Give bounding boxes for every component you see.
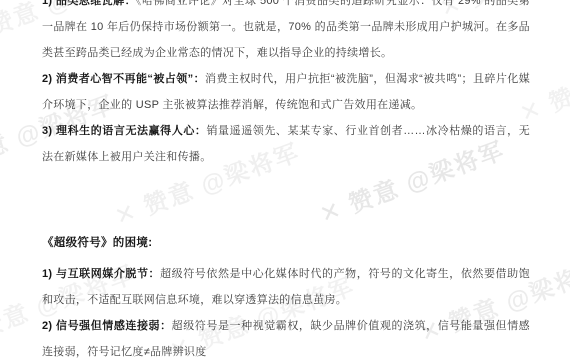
- point-5-label: 2) 信号强但情感连接弱：: [42, 320, 172, 332]
- numbered-point-1: 1) 品类思维瓦解：《哈佛商业评论》对全球 500 个消费品类的追踪研究显示：仅…: [42, 0, 530, 66]
- point-2-label: 2) 消费者心智不再能“被占领”：: [42, 73, 205, 85]
- numbered-point-5: 2) 信号强但情感连接弱：超级符号是一种视觉霸权，缺少品牌价值观的浇筑，信号能量…: [42, 313, 530, 360]
- numbered-point-4: 1) 与互联网媒介脱节：超级符号依然是中心化媒体时代的产物，符号的文化寄生，依然…: [42, 261, 530, 313]
- document-content: 1) 品类思维瓦解：《哈佛商业评论》对全球 500 个消费品类的追踪研究显示：仅…: [42, 0, 530, 360]
- numbered-point-2: 2) 消费者心智不再能“被占领”：消费主权时代，用户抗拒“被洗脑”，但渴求“被共…: [42, 66, 530, 118]
- document-page: ✕ 赞意 @梁将军✕ 赞意 @梁将军✕ 赞意 @梁将军✕ 赞意 @梁将军✕ 赞意…: [0, 0, 570, 360]
- point-4-label: 1) 与互联网媒介脱节：: [42, 268, 160, 280]
- section-heading-super-symbol: 《超级符号》的困境:: [42, 230, 530, 256]
- point-1-body: 《哈佛商业评论》对全球 500 个消费品类的追踪研究显示：仅有 29% 的品类第…: [42, 0, 530, 59]
- numbered-point-3: 3) 理科生的语言无法赢得人心：销量遥遥领先、某某专家、行业首创者……冰冷枯燥的…: [42, 118, 530, 170]
- point-3-label: 3) 理科生的语言无法赢得人心：: [42, 125, 206, 137]
- point-1-label: 1) 品类思维瓦解：: [42, 0, 136, 7]
